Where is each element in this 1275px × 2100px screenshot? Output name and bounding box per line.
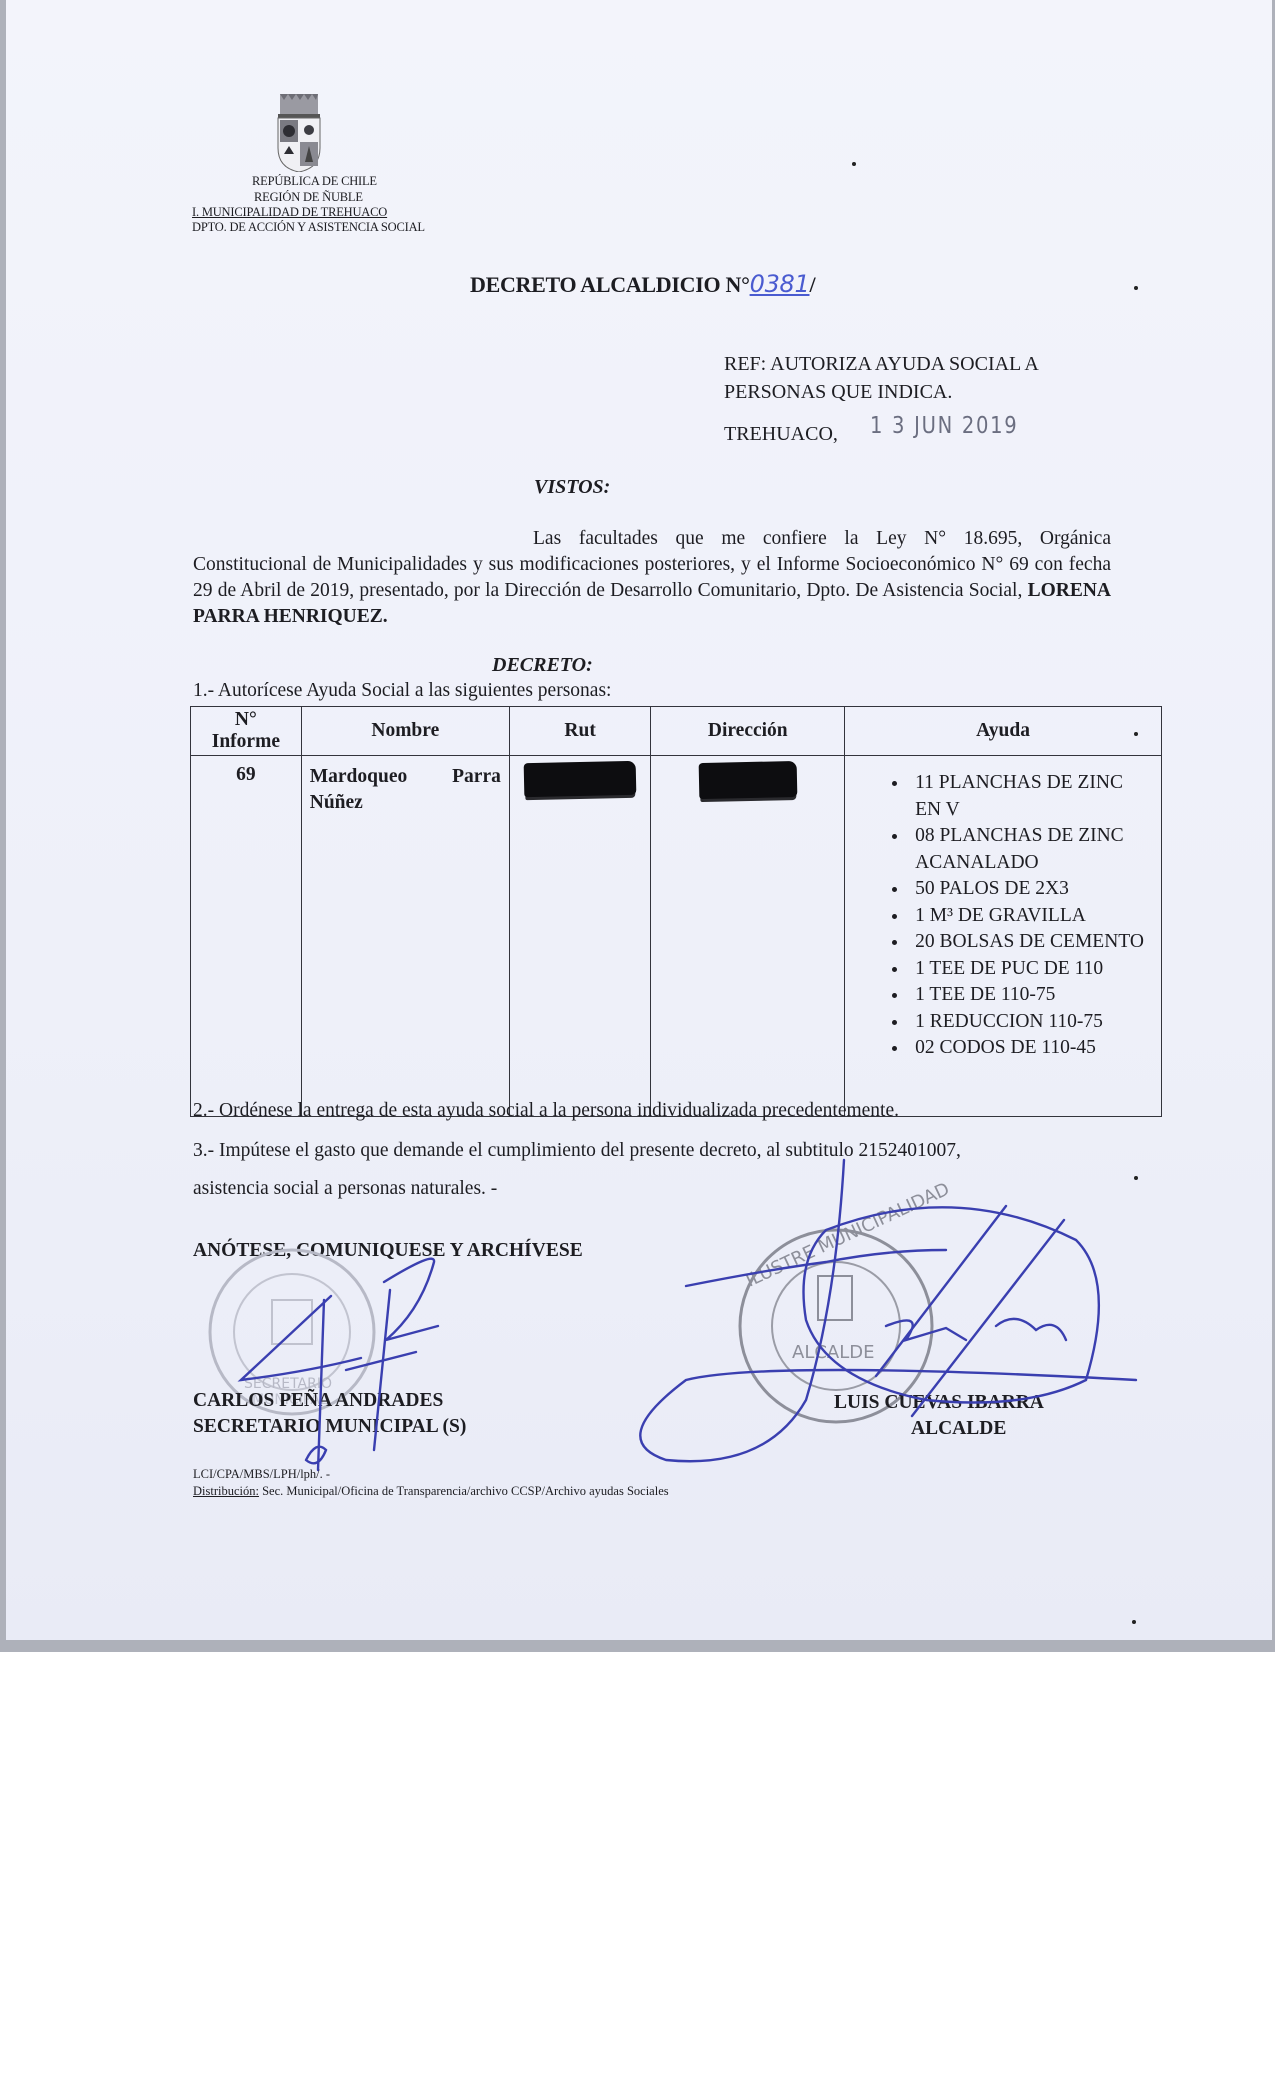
document-page: REPÚBLICA DE CHILE REGIÓN DE ÑUBLE I. MU… <box>6 0 1272 1640</box>
header-municipality: I. MUNICIPALIDAD DE TREHUACO <box>192 205 387 220</box>
aid-item: 1 TEE DE 110-75 <box>909 982 1153 1009</box>
vistos-paragraph: Las facultades que me confiere la Ley N°… <box>193 526 1111 630</box>
aid-item: 50 PALOS DE 2X3 <box>909 876 1153 903</box>
secretary-title: SECRETARIO MUNICIPAL (S) <box>193 1414 466 1440</box>
scan-speck <box>852 162 856 166</box>
header-region: REGIÓN DE ÑUBLE <box>254 190 363 205</box>
aid-item: 20 BOLSAS DE CEMENTO <box>909 929 1153 956</box>
aid-items-list: 11 PLANCHAS DE ZINC EN V08 PLANCHAS DE Z… <box>853 770 1153 1062</box>
mayor-name: LUIS CUEVAS IBARRA <box>834 1390 1044 1416</box>
vistos-heading: VISTOS: <box>534 476 610 499</box>
aid-item: 02 CODOS DE 110-45 <box>909 1035 1153 1062</box>
cell-ayuda: 11 PLANCHAS DE ZINC EN V08 PLANCHAS DE Z… <box>845 756 1162 1117</box>
scan-speck <box>1134 286 1138 290</box>
table-header-row: N°Informe Nombre Rut Dirección Ayuda <box>191 707 1162 756</box>
col-header-informe: N°Informe <box>191 707 302 756</box>
distribution-label: Distribución: <box>193 1484 259 1498</box>
decreto-item-2: 2.- Ordénese la entrega de esta ayuda so… <box>193 1100 899 1122</box>
header-department: DPTO. DE ACCIÓN Y ASISTENCIA SOCIAL <box>192 220 425 235</box>
municipal-coat-of-arms-icon <box>274 94 324 172</box>
decreto-heading: DECRETO: <box>492 654 593 677</box>
aid-item: 1 REDUCCION 110-75 <box>909 1009 1153 1036</box>
col-header-nombre: Nombre <box>301 707 509 756</box>
decreto-item-3-line-1: 3.- Impútese el gasto que demande el cum… <box>193 1140 961 1162</box>
svg-text:ALCALDE: ALCALDE <box>792 1342 875 1363</box>
reference-line-1: REF: AUTORIZA AYUDA SOCIAL A <box>724 350 1039 378</box>
scan-speck <box>1132 1620 1136 1624</box>
decreto-item-1: 1.- Autorícese Ayuda Social a las siguie… <box>193 680 611 702</box>
aid-table: N°Informe Nombre Rut Dirección Ayuda 69 … <box>190 706 1162 1117</box>
scan-speck <box>1134 1176 1138 1180</box>
mayor-title: ALCALDE <box>911 1416 1006 1442</box>
col-header-direccion: Dirección <box>651 707 845 756</box>
secretary-signature-block: CARLOS PEÑA ANDRADES SECRETARIO MUNICIPA… <box>193 1388 466 1440</box>
footer-distribution: Distribución: Sec. Municipal/Oficina de … <box>193 1484 669 1499</box>
col-header-rut: Rut <box>509 707 650 756</box>
decree-title: DECRETO ALCALDICIO N°0381/ <box>470 270 815 298</box>
secretary-name: CARLOS PEÑA ANDRADES <box>193 1388 466 1414</box>
aid-item: 08 PLANCHAS DE ZINC ACANALADO <box>909 823 1153 876</box>
cell-nombre: MardoqueoParra Núñez <box>301 756 509 1117</box>
decreto-item-3-line-2: asistencia social a personas naturales. … <box>193 1178 497 1200</box>
cell-direccion <box>651 756 845 1117</box>
vistos-text: Las facultades que me confiere la Ley N°… <box>193 528 1111 601</box>
aid-item: 1 TEE DE PUC DE 110 <box>909 956 1153 983</box>
reference-block: REF: AUTORIZA AYUDA SOCIAL A PERSONAS QU… <box>724 350 1039 406</box>
svg-text:ILUSTRE MUNICIPALIDAD: ILUSTRE MUNICIPALIDAD <box>743 1179 953 1292</box>
footer-initials: LCI/CPA/MBS/LPH/lph/. - <box>193 1467 330 1482</box>
aid-item: 1 M³ DE GRAVILLA <box>909 903 1153 930</box>
cell-informe: 69 <box>191 756 302 1117</box>
aid-item: 11 PLANCHAS DE ZINC EN V <box>909 770 1153 823</box>
reference-line-2: PERSONAS QUE INDICA. <box>724 378 1039 406</box>
header-country: REPÚBLICA DE CHILE <box>252 174 377 189</box>
distribution-text: Sec. Municipal/Oficina de Transparencia/… <box>259 1484 669 1498</box>
cell-rut <box>509 756 650 1117</box>
decree-title-text: DECRETO ALCALDICIO N° <box>470 272 750 297</box>
date-stamp: 1 3 JUN 2019 <box>870 413 1018 439</box>
table-row: 69 MardoqueoParra Núñez 11 PLANCHAS DE Z… <box>191 756 1162 1117</box>
scan-speck <box>1134 732 1138 736</box>
decree-slash: / <box>809 272 815 297</box>
redaction-mark <box>524 761 637 797</box>
redaction-mark <box>698 761 797 799</box>
col-header-ayuda: Ayuda <box>845 707 1162 756</box>
closing-formula: ANÓTESE, COMUNIQUESE Y ARCHÍVESE <box>193 1240 583 1262</box>
decree-number-handwritten: 0381 <box>750 270 810 298</box>
place-label: TREHUACO, <box>724 423 838 446</box>
